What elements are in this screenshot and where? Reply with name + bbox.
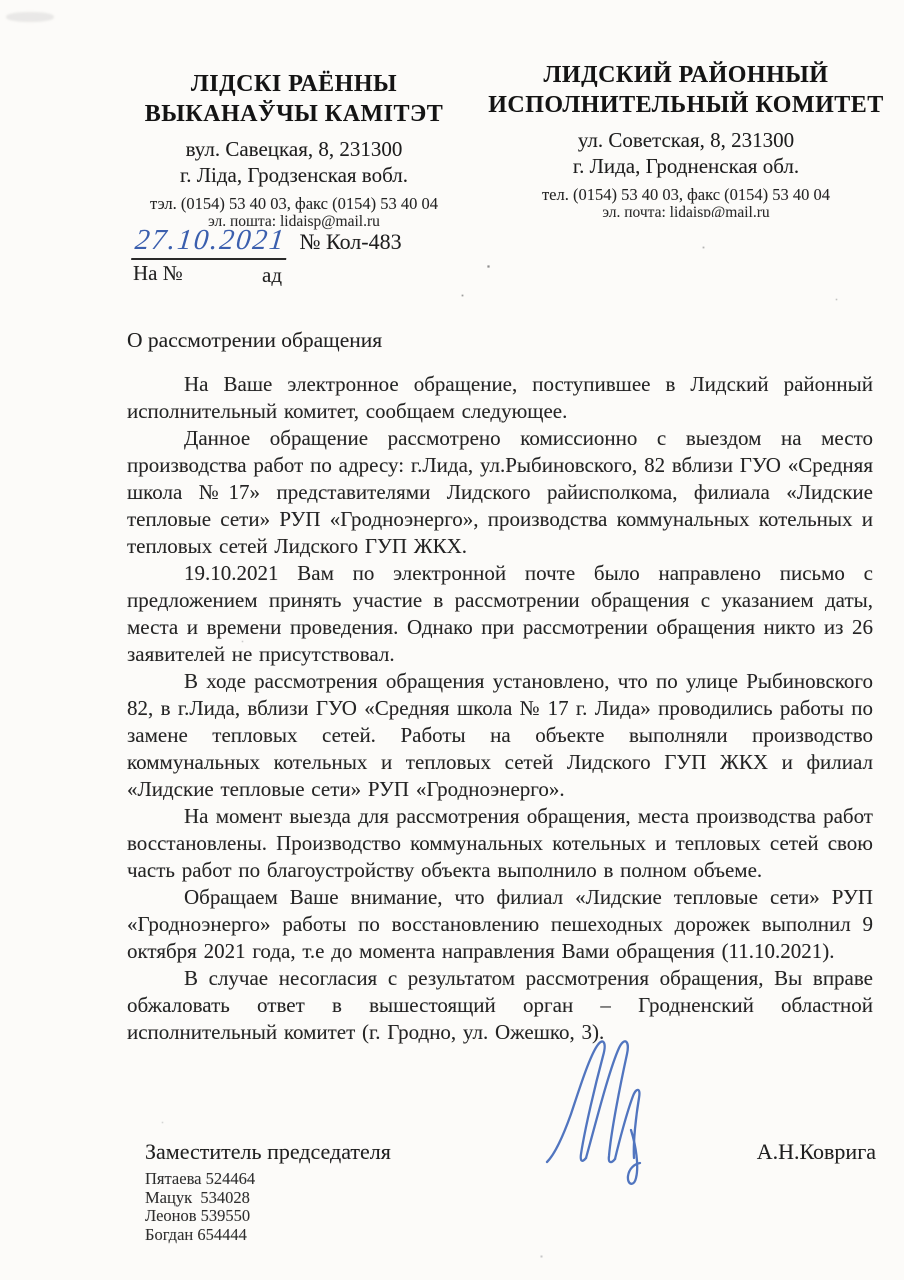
scan-smudge [6, 12, 54, 22]
org-phone-be: тэл. (0154) 53 40 03, факс (0154) 53 40 … [118, 194, 470, 213]
org-title-be-line2: ВЫКАНАЎЧЫ КАМІТЭТ [118, 99, 470, 129]
reference-block: 27.10.2021 № Кол-483 [133, 224, 402, 260]
org-title-ru-line1: ЛИДСКИЙ РАЙОННЫЙ [482, 60, 890, 90]
contact-line-1: Пятаева 524464 [145, 1170, 255, 1189]
org-address-be: вул. Савецкая, 8, 231300 г. Ліда, Гродзе… [118, 136, 470, 188]
body-paragraph-3: 19.10.2021 Вам по электронной почте было… [127, 560, 873, 668]
scanned-letter-page: ЛІДСКІ РАЁННЫ ВЫКАНАЎЧЫ КАМІТЭТ вул. Сав… [0, 0, 904, 1280]
outgoing-number: № Кол-483 [300, 229, 402, 255]
body-paragraph-5: На момент выезда для рассмотрения обраще… [127, 803, 873, 884]
handwritten-date: 27.10.2021 [131, 224, 289, 260]
contact-line-4: Богдан 654444 [145, 1226, 255, 1245]
signer-position: Заместитель председателя [145, 1139, 391, 1165]
signer-name: А.Н.Коврига [757, 1139, 876, 1165]
letterhead-belarusian: ЛІДСКІ РАЁННЫ ВЫКАНАЎЧЫ КАМІТЭТ вул. Сав… [118, 60, 470, 231]
subject-line: О рассмотрении обращения [127, 328, 382, 353]
na-no-label: На № [133, 261, 183, 286]
org-title-ru: ЛИДСКИЙ РАЙОННЫЙ ИСПОЛНИТЕЛЬНЫЙ КОМИТЕТ [482, 60, 890, 120]
org-title-be: ЛІДСКІ РАЁННЫ ВЫКАНАЎЧЫ КАМІТЭТ [118, 69, 470, 129]
contact-line-2: Мацук 534028 [145, 1189, 255, 1208]
body-paragraph-1: На Ваше электронное обращение, поступивш… [127, 371, 873, 425]
org-title-ru-line2: ИСПОЛНИТЕЛЬНЫЙ КОМИТЕТ [482, 90, 890, 120]
letterhead-russian: ЛИДСКИЙ РАЙОННЫЙ ИСПОЛНИТЕЛЬНЫЙ КОМИТЕТ … [482, 60, 890, 231]
contact-line-3: Леонов 539550 [145, 1207, 255, 1226]
org-address-ru: ул. Советская, 8, 231300 г. Лида, Гродне… [482, 127, 890, 179]
ad-label: ад [262, 263, 282, 288]
org-address-ru-line2: г. Лида, Гродненская обл. [482, 153, 890, 179]
signature-row: Заместитель председателя А.Н.Коврига [145, 1139, 876, 1165]
body-paragraph-7: В случае несогласия с результатом рассмо… [127, 965, 873, 1046]
executor-contacts: Пятаева 524464 Мацук 534028 Леонов 53955… [145, 1170, 255, 1244]
body-paragraph-4: В ходе рассмотрения обращения установлен… [127, 668, 873, 803]
body-paragraph-2: Данное обращение рассмотрено комиссионно… [127, 425, 873, 560]
letter-body: На Ваше электронное обращение, поступивш… [127, 371, 873, 1046]
org-title-be-line1: ЛІДСКІ РАЁННЫ [118, 69, 470, 99]
org-address-be-line1: вул. Савецкая, 8, 231300 [118, 136, 470, 162]
org-phone-ru: тел. (0154) 53 40 03, факс (0154) 53 40 … [482, 185, 890, 204]
org-address-ru-line1: ул. Советская, 8, 231300 [482, 127, 890, 153]
scan-noise-specks [0, 0, 1, 1]
org-email-ru-clipped: эл. почта: lidaisp@mail.ru [482, 204, 890, 217]
letterhead: ЛІДСКІ РАЁННЫ ВЫКАНАЎЧЫ КАМІТЭТ вул. Сав… [118, 60, 890, 231]
org-email-ru: эл. почта: lidaisp@mail.ru [482, 204, 890, 217]
org-address-be-line2: г. Ліда, Гродзенская вобл. [118, 162, 470, 188]
body-paragraph-6: Обращаем Ваше внимание, что филиал «Лидс… [127, 884, 873, 965]
